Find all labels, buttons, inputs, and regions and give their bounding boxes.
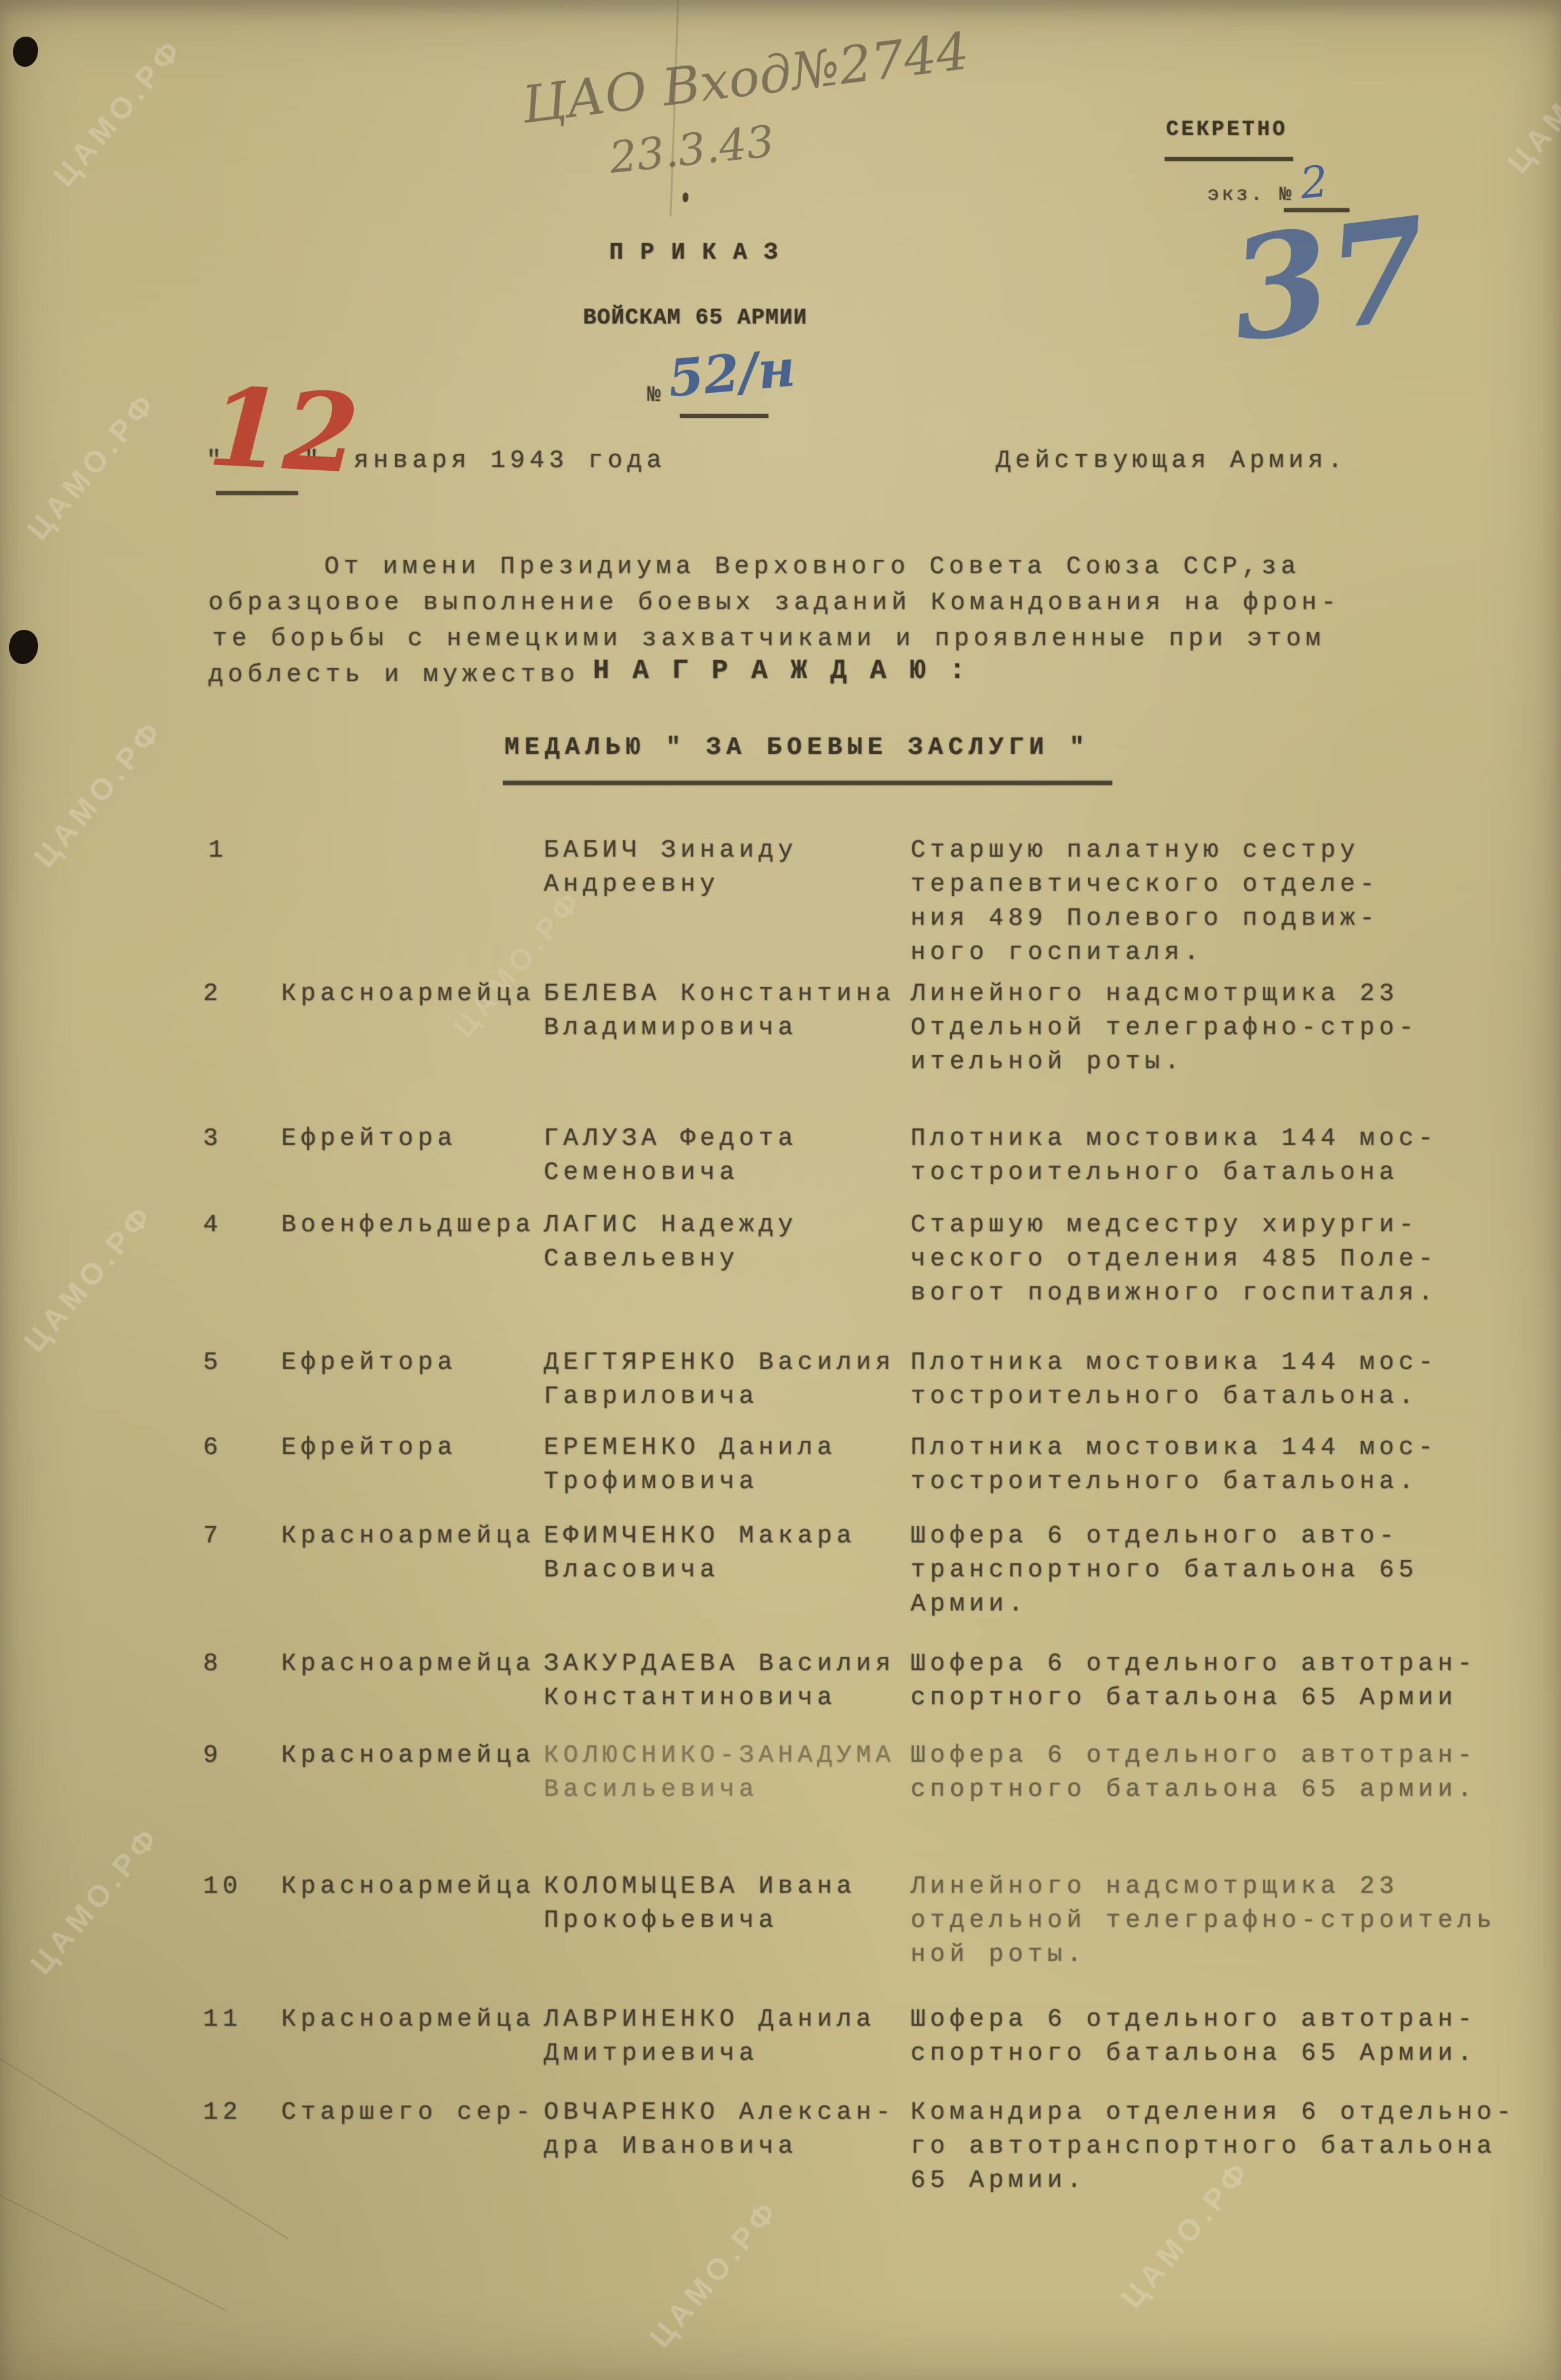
paper-crease [0, 2058, 289, 2239]
watermark: ЦАМО.РФ [20, 384, 164, 546]
entry-name: ЕРЕМЕНКО Данила Трофимовича [544, 1431, 837, 1499]
entry-citation: Командира отделения 6 отдельно- го автот… [911, 2096, 1516, 2198]
paper-crease [0, 2183, 227, 2312]
entry-rank: 3 Ефрейтора [203, 1122, 457, 1156]
entry-citation: Шофера 6 отдельного автотран- спортного … [911, 1739, 1476, 1807]
entry-rank: 1 [208, 834, 228, 868]
entry-rank: 6 Ефрейтора [203, 1431, 457, 1465]
preamble-line-3: те борьбы с немецкими захватчиками и про… [212, 622, 1325, 656]
award-declaration: Н А Г Р А Ж Д А Ю : [593, 654, 969, 688]
entry-name: ДЕГТЯРЕНКО Василия Гавриловича [544, 1346, 895, 1414]
entry-citation: Линейного надсмотрщика 23 Отдельной теле… [911, 977, 1418, 1079]
entry-name: БЕЛЕВА Константина Владимировича [544, 977, 895, 1045]
entry-name: КОЛЮСНИКО-ЗАНАДУМА Васильевича [544, 1739, 895, 1807]
watermark: ЦАМО.РФ [1500, 17, 1561, 179]
preamble-line-2: образцовое выполнение боевых заданий Ком… [208, 586, 1341, 620]
entry-rank: 4 Военфельдшера [203, 1208, 535, 1242]
entry-name: ГАЛУЗА Федота Семеновича [544, 1122, 797, 1190]
entry-rank: 9 Красноармейца [203, 1739, 535, 1773]
order-number-label: № [647, 379, 665, 413]
pencil-note-date: 23.3.43 [607, 116, 777, 183]
entry-name: КОЛОМЫЦЕВА Ивана Прокофьевича [544, 1870, 856, 1938]
ink-blot [9, 630, 38, 664]
date-day-underline [216, 491, 298, 495]
entry-rank: 12 Старшего сер- [203, 2096, 535, 2130]
entry-rank: 11 Красноармейца [203, 2003, 535, 2037]
order-title: П Р И К А З [609, 236, 780, 270]
entry-citation: Плотника мостовика 144 мос- тостроительн… [911, 1346, 1438, 1414]
secret-stamp: СЕКРЕТНО [1166, 113, 1288, 147]
preamble-line-4: доблесть и мужество [208, 658, 579, 692]
order-number-value: 52/н [666, 339, 797, 409]
entry-citation: Шофера 6 отдельного авто- транспортного … [911, 1519, 1418, 1622]
page-number-note: 37 [1222, 185, 1437, 374]
order-number-underline [680, 414, 768, 418]
watermark: ЦАМО.РФ [26, 711, 171, 874]
entry-rank: 2 Красноармейца [203, 977, 535, 1011]
entry-citation: Плотника мостовика 144 мос- тостроительн… [911, 1122, 1438, 1190]
watermark: ЦАМО.РФ [642, 2191, 787, 2354]
entry-name: ОВЧАРЕНКО Алексан- дра Ивановича [544, 2096, 895, 2164]
issuing-location: Действующая Армия. [996, 444, 1347, 478]
order-subtitle: ВОЙСКАМ 65 АРМИИ [583, 301, 807, 335]
document-page: ЦАМО.РФ ЦАМО.РФ ЦАМО.РФ ЦАМО.РФ ЦАМО.РФ … [0, 0, 1561, 2380]
entry-rank: 10 Красноармейца [203, 1870, 535, 1904]
entry-citation: Старшую медсестру хирурги- ческого отдел… [911, 1208, 1438, 1311]
entry-citation: Старшую палатную сестру терапевтического… [911, 834, 1379, 970]
watermark: ЦАМО.РФ [23, 1818, 168, 1980]
watermark: ЦАМО.РФ [46, 30, 191, 193]
entry-citation: Плотника мостовика 144 мос- тостроительн… [911, 1431, 1438, 1499]
entry-citation: Линейного надсмотрщика 23 отдельной теле… [911, 1870, 1496, 1972]
entry-rank: 8 Красноармейца [203, 1647, 535, 1681]
entry-name: ЛАГИС Надежду Савельевну [544, 1208, 797, 1276]
entry-citation: Шофера 6 отдельного автотран- спортного … [911, 2003, 1476, 2071]
date-rest: января 1943 года [354, 444, 666, 478]
preamble-line-1: От имени Президиума Верховного Совета Со… [324, 550, 1300, 584]
date-day-handwritten: 12 [205, 363, 362, 498]
watermark: ЦАМО.РФ [16, 1196, 161, 1358]
ink-speck [683, 193, 688, 202]
entry-name: ЗАКУРДАЕВА Василия Константиновича [544, 1647, 895, 1715]
secret-stamp-underline [1165, 157, 1293, 161]
entry-rank: 5 Ефрейтора [203, 1346, 457, 1380]
entry-name: ЕФИМЧЕНКО Макара Власовича [544, 1519, 856, 1588]
medal-heading-underline [503, 781, 1112, 785]
entry-rank: 7 Красноармейца [203, 1519, 535, 1553]
entry-name: БАБИЧ Зинаиду Андреевну [544, 834, 797, 902]
ink-blot [13, 37, 38, 67]
entry-name: ЛАВРИНЕНКО Данила Дмитриевича [544, 2003, 876, 2071]
entry-citation: Шофера 6 отдельного автотран- спортного … [911, 1647, 1476, 1715]
medal-heading: МЕДАЛЬЮ " ЗА БОЕВЫЕ ЗАСЛУГИ " [504, 731, 1089, 765]
